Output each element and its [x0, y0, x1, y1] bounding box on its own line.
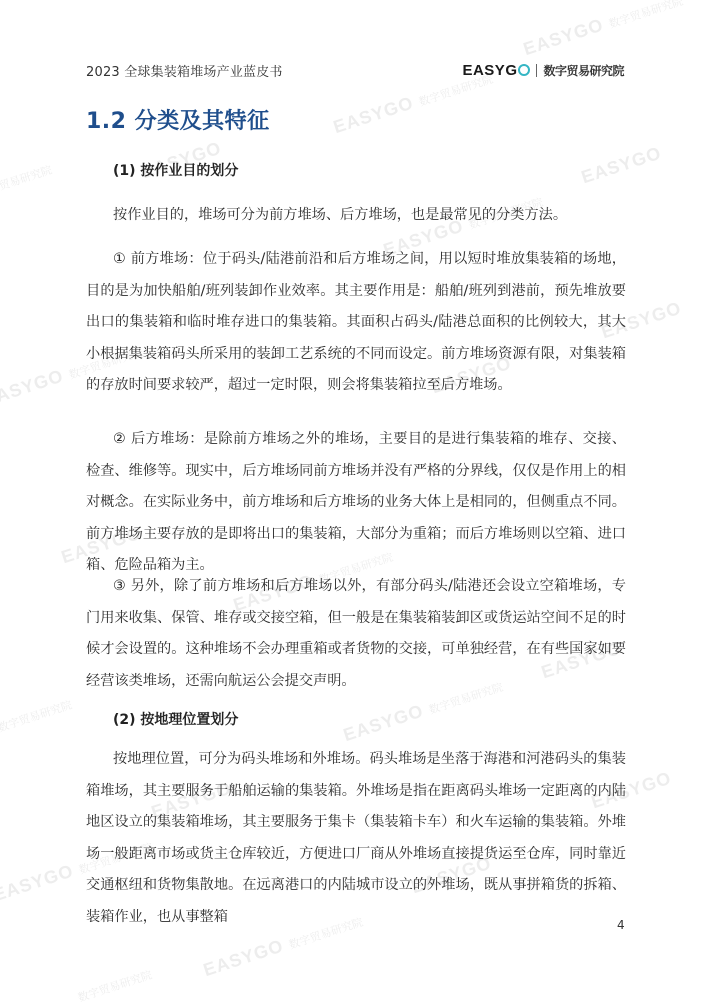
logo-org-name: 数字贸易研究院: [543, 62, 624, 79]
watermark: 数字贸易研究院: [0, 693, 74, 739]
subsection-heading: (1) 按作业目的划分: [113, 160, 238, 180]
paragraph: 按地理位置，可分为码头堆场和外堆场。码头堆场是坐落于海港和河港码头的集装箱堆场，…: [86, 744, 626, 933]
paragraph: ② 后方堆场：是除前方堆场之外的堆场，主要目的是进行集装箱的堆存、交接、检查、维…: [86, 424, 626, 582]
page-number: 4: [617, 918, 625, 932]
logo-brand: EASYG: [462, 62, 530, 79]
watermark: EASYGO数字贸易研究院: [521, 0, 685, 60]
ring-icon: [518, 64, 530, 76]
watermark: 数字贸易研究院: [0, 158, 54, 204]
watermark: EASYGO: [579, 143, 664, 189]
logo-divider: [536, 64, 537, 77]
section-title: 1.2 分类及其特征: [86, 104, 270, 135]
watermark: 数字贸易研究院: [69, 963, 154, 1002]
paragraph: ③ 另外，除了前方堆场和后方堆场以外，有部分码头/陆港还会设立空箱堆场，专门用来…: [86, 571, 626, 697]
easygo-logo: EASYG 数字贸易研究院: [462, 62, 624, 79]
subsection-heading: (2) 按地理位置划分: [113, 709, 238, 729]
paragraph: 按作业目的，堆场可分为前方堆场、后方堆场，也是最常见的分类方法。: [86, 200, 626, 232]
page-header: 2023 全球集装箱堆场产业蓝皮书 EASYG 数字贸易研究院: [86, 58, 624, 82]
paragraph: ① 前方堆场：位于码头/陆港前沿和后方堆场之间，用以短时堆放集装箱的场地，目的是…: [86, 244, 626, 402]
document-title: 2023 全球集装箱堆场产业蓝皮书: [86, 61, 283, 80]
document-page: EASYGO数字贸易研究院 EASYGO数字贸易研究院 数字贸易研究院 EASY…: [0, 0, 710, 1002]
